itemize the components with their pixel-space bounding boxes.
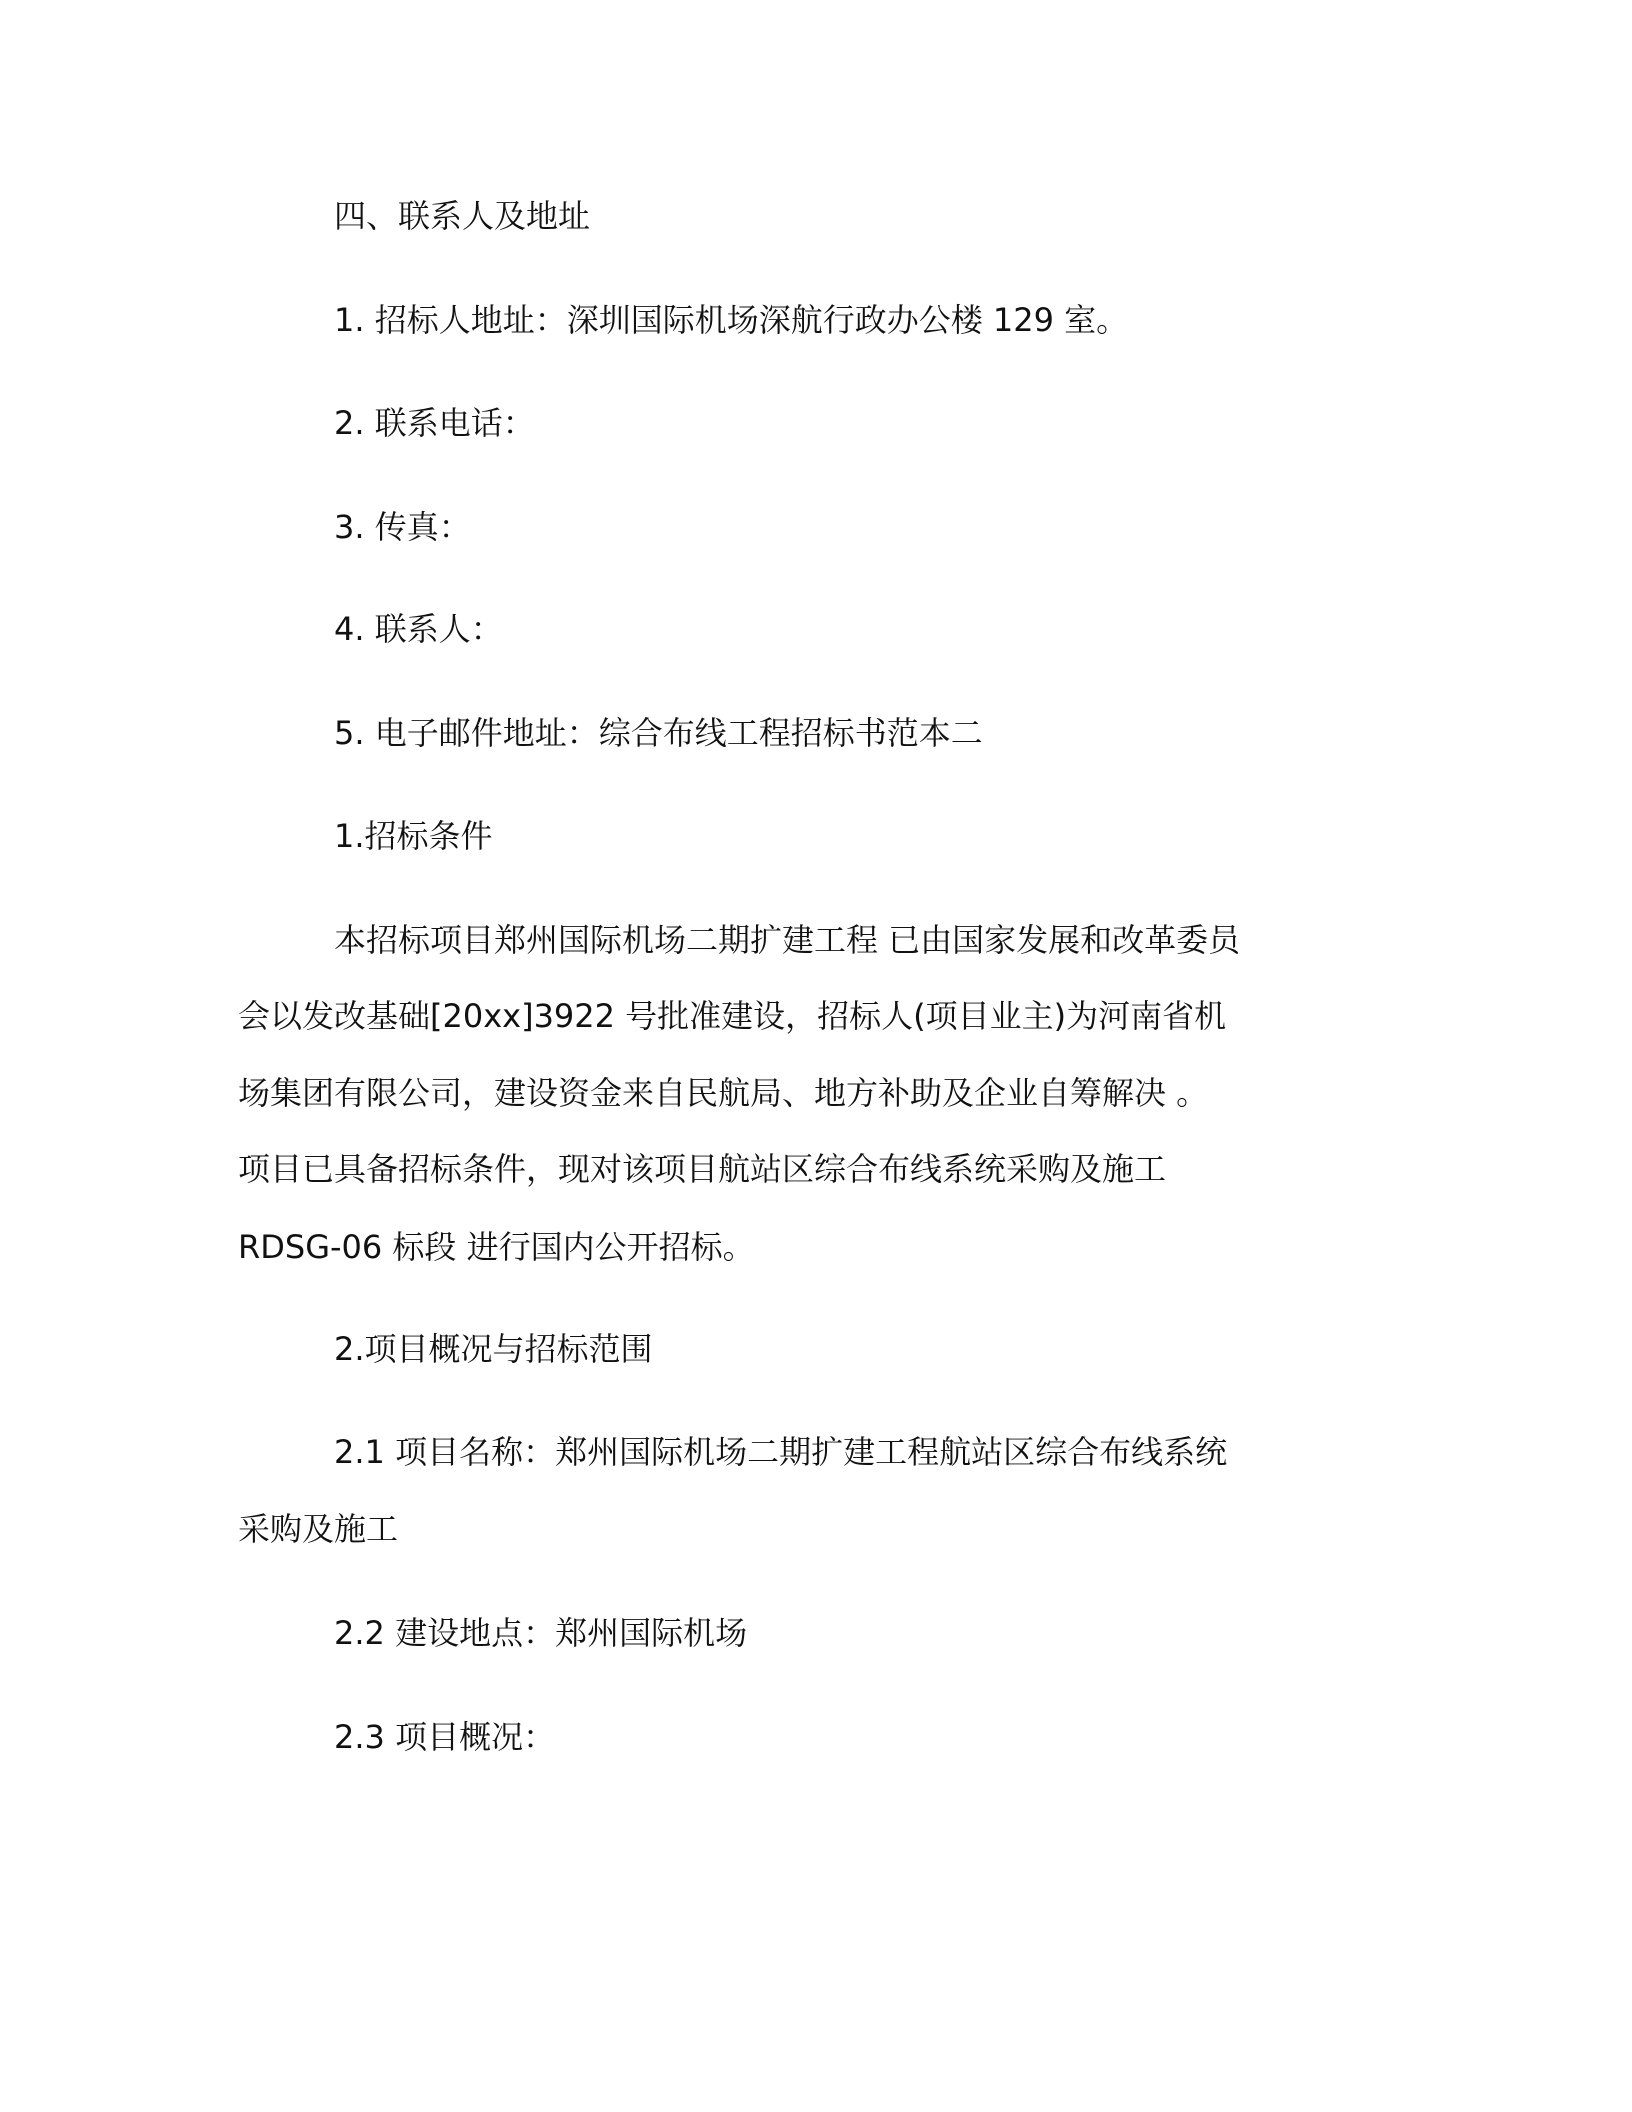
project-name-line: 2.1 项目名称：郑州国际机场二期扩建工程航站区综合布线系统 bbox=[334, 1432, 1227, 1472]
paragraph-line: 会以发改基础[20xx]3922 号批准建设，招标人(项目业主)为河南省机 bbox=[238, 996, 1226, 1036]
paragraph-line: 场集团有限公司，建设资金来自民航局、地方补助及企业自筹解决 。 bbox=[238, 1073, 1208, 1113]
section-heading: 四、联系人及地址 bbox=[334, 196, 590, 236]
paragraph-line: 项目已具备招标条件，现对该项目航站区综合布线系统采购及施工 bbox=[238, 1149, 1166, 1189]
project-name-line: 采购及施工 bbox=[238, 1509, 398, 1549]
contact-person: 4. 联系人： bbox=[334, 609, 503, 649]
contact-phone: 2. 联系电话： bbox=[334, 403, 535, 443]
section-2-title: 2.项目概况与招标范围 bbox=[334, 1329, 653, 1369]
section-2-2-location: 2.2 建设地点：郑州国际机场 bbox=[334, 1613, 747, 1653]
contact-address: 1. 招标人地址：深圳国际机场深航行政办公楼 129 室。 bbox=[334, 300, 1128, 340]
contact-fax: 3. 传真： bbox=[334, 507, 471, 547]
section-2-3-overview: 2.3 项目概况： bbox=[334, 1717, 555, 1757]
paragraph-line: 本招标项目郑州国际机场二期扩建工程 已由国家发展和改革委员 bbox=[334, 920, 1240, 960]
paragraph-line: RDSG-06 标段 进行国内公开招标。 bbox=[238, 1227, 755, 1267]
section-1-title: 1.招标条件 bbox=[334, 816, 493, 856]
contact-email: 5. 电子邮件地址：综合布线工程招标书范本二 bbox=[334, 713, 983, 753]
